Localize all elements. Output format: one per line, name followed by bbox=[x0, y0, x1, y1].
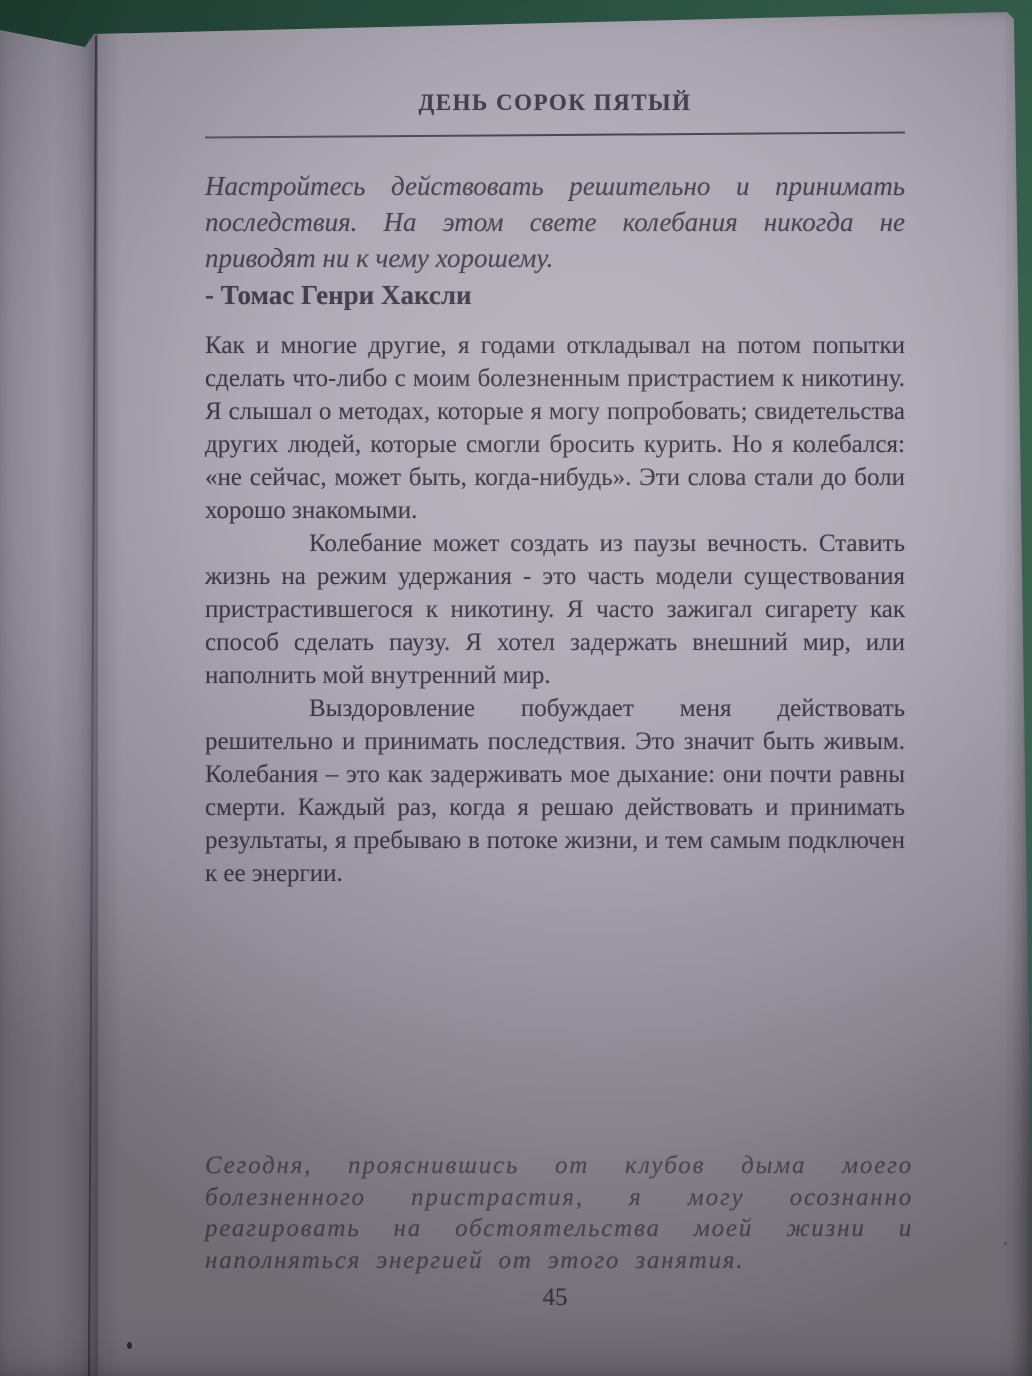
daily-affirmation: Сегодня, прояснившись от клубов дыма мое… bbox=[205, 1150, 913, 1276]
dust-speck bbox=[1004, 1242, 1007, 1245]
dust-speck bbox=[127, 1342, 132, 1349]
chapter-title: ДЕНЬ СОРОК ПЯТЫЙ bbox=[205, 90, 905, 116]
title-divider bbox=[205, 132, 905, 139]
book-page: ДЕНЬ СОРОК ПЯТЫЙ Настройтесь действовать… bbox=[0, 0, 1032, 1376]
body-paragraph: Колебание может создать из паузы вечност… bbox=[205, 527, 905, 692]
body-text: Как и многие другие, я годами откладывал… bbox=[205, 329, 905, 890]
epigraph-text: Настройтесь действовать решительно и при… bbox=[205, 168, 905, 276]
body-paragraph: Выздоровление побуждает меня действовать… bbox=[205, 692, 905, 890]
page-number: 45 bbox=[205, 1284, 905, 1312]
epigraph-attribution: - Томас Генри Хаксли bbox=[205, 280, 905, 311]
body-paragraph: Как и многие другие, я годами откладывал… bbox=[205, 329, 905, 527]
page-content: ДЕНЬ СОРОК ПЯТЫЙ Настройтесь действовать… bbox=[205, 0, 905, 890]
gutter-shadow bbox=[78, 30, 122, 1376]
